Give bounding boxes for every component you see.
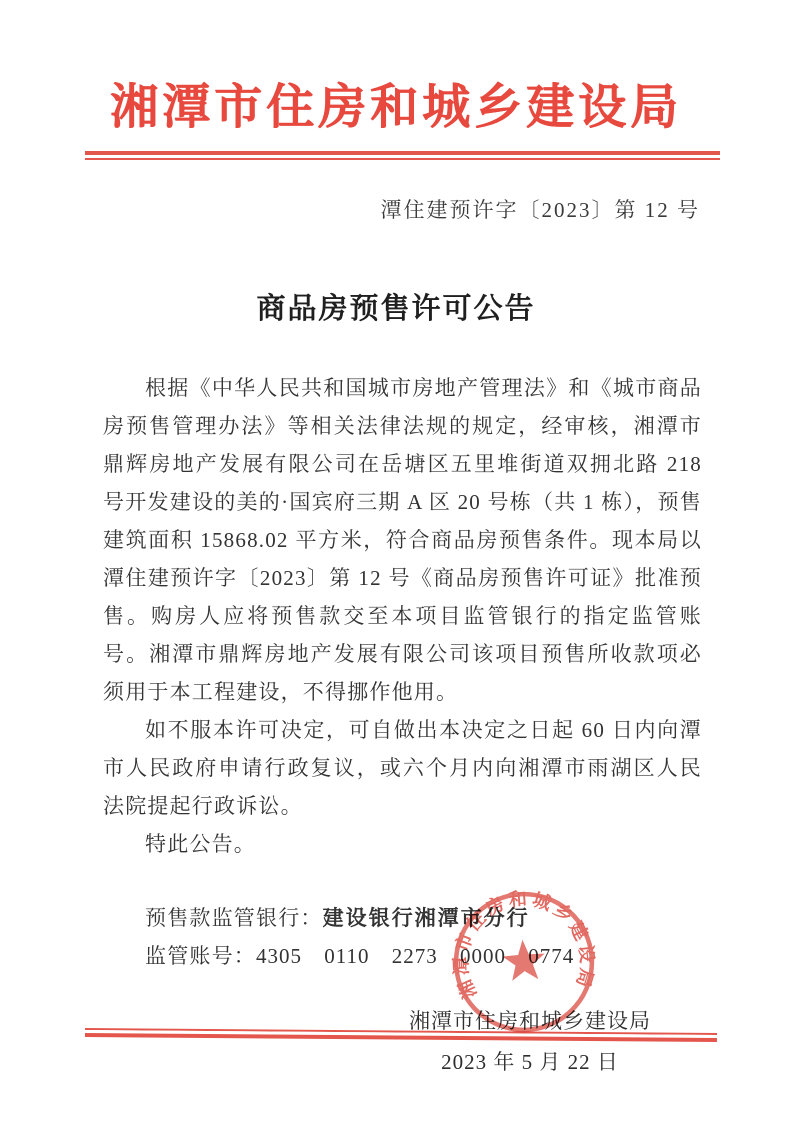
header-divider	[85, 151, 720, 160]
header-divider-thin-line	[85, 158, 720, 160]
official-seal: 湘潭市住房和城乡建设局	[443, 881, 605, 1043]
account-label: 监管账号：	[145, 944, 256, 968]
seal-star-icon	[501, 938, 546, 981]
body-paragraph-3: 特此公告。	[103, 825, 702, 863]
agency-masthead: 湘潭市住房和城乡建设局	[0, 82, 792, 135]
bank-line: 预售款监管银行：建设银行湘潭市分行	[103, 899, 702, 937]
bank-label: 预售款监管银行：	[145, 906, 323, 930]
document-title: 商品房预售许可公告	[0, 286, 792, 327]
signature-date: 2023 年 5 月 22 日	[350, 1042, 710, 1083]
account-line: 监管账号：4305 0110 2273 0000 0774	[103, 937, 702, 975]
document-page: 湘潭市住房和城乡建设局 潭住建预许字〔2023〕第 12 号 商品房预售许可公告…	[0, 0, 792, 1121]
document-body: 根据《中华人民共和国城市房地产管理法》和《城市商品房预售管理办法》等相关法律法规…	[103, 369, 702, 975]
document-number: 潭住建预许字〔2023〕第 12 号	[0, 194, 700, 224]
bank-info-block: 预售款监管银行：建设银行湘潭市分行 监管账号：4305 0110 2273 00…	[103, 899, 702, 975]
body-paragraph-2: 如不服本许可决定，可自做出本决定之日起 60 日内向潭市人民政府申请行政复议，或…	[103, 711, 702, 825]
body-paragraph-1: 根据《中华人民共和国城市房地产管理法》和《城市商品房预售管理办法》等相关法律法规…	[103, 369, 702, 711]
